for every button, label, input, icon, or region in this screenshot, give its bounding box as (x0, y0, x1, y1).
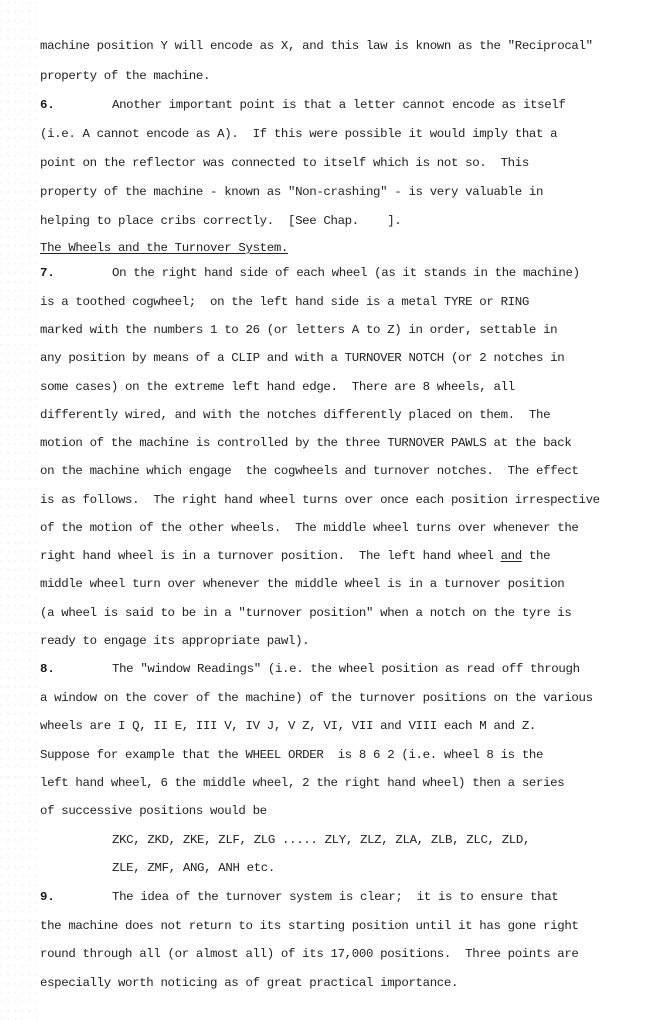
text-span: right hand wheel is in a turnover positi… (40, 549, 501, 563)
section-heading: The Wheels and the Turnover System. (40, 240, 288, 256)
text-line: marked with the numbers 1 to 26 (or lett… (40, 322, 557, 338)
text-line: wheels are I Q, II E, III V, IV J, V Z, … (40, 718, 536, 734)
text-line: the machine does not return to its start… (40, 918, 579, 934)
text-line: The "window Readings" (i.e. the wheel po… (112, 661, 580, 677)
text-line: Suppose for example that the WHEEL ORDER… (40, 747, 543, 763)
text-line: is as follows. The right hand wheel turn… (40, 492, 600, 508)
text-line: right hand wheel is in a turnover positi… (40, 548, 550, 564)
text-line: round through all (or almost all) of its… (40, 946, 579, 962)
text-line: on the machine which engage the cogwheel… (40, 463, 579, 479)
text-line: motion of the machine is controlled by t… (40, 435, 571, 451)
text-line: On the right hand side of each wheel (as… (112, 265, 580, 281)
text-line: of the motion of the other wheels. The m… (40, 520, 579, 536)
text-line: some cases) on the extreme left hand edg… (40, 379, 515, 395)
text-line: a window on the cover of the machine) of… (40, 690, 593, 706)
text-line: machine position Y will encode as X, and… (40, 38, 593, 54)
paragraph-number-7: 7. (40, 265, 55, 281)
underlined-word-and: and (501, 549, 522, 563)
text-span: the (522, 549, 550, 563)
text-line: (a wheel is said to be in a "turnover po… (40, 605, 571, 621)
text-line: differently wired, and with the notches … (40, 407, 550, 423)
text-line: is a toothed cogwheel; on the left hand … (40, 294, 529, 310)
text-line: of successive positions would be (40, 803, 267, 819)
text-line: any position by means of a CLIP and with… (40, 350, 564, 366)
text-line: property of the machine - known as "Non-… (40, 184, 543, 200)
text-line: (i.e. A cannot encode as A). If this wer… (40, 126, 557, 142)
text-line: ready to engage its appropriate pawl). (40, 633, 309, 649)
text-line: The idea of the turnover system is clear… (112, 889, 558, 905)
position-sequence-line: ZKC, ZKD, ZKE, ZLF, ZLG ..... ZLY, ZLZ, … (112, 832, 530, 848)
paragraph-number-9: 9. (40, 889, 55, 905)
text-line: especially worth noticing as of great pr… (40, 975, 458, 991)
text-line: Another important point is that a letter… (112, 97, 565, 113)
scan-margin-speckle (0, 0, 40, 1020)
text-line: left hand wheel, 6 the middle wheel, 2 t… (40, 775, 564, 791)
paragraph-number-6: 6. (40, 97, 55, 113)
paragraph-number-8: 8. (40, 661, 55, 677)
text-line: property of the machine. (40, 68, 210, 84)
document-page: machine position Y will encode as X, and… (0, 0, 650, 1020)
position-sequence-line: ZLE, ZMF, ANG, ANH etc. (112, 860, 275, 876)
text-line: helping to place cribs correctly. [See C… (40, 213, 401, 229)
text-line: point on the reflector was connected to … (40, 155, 529, 171)
text-line: middle wheel turn over whenever the midd… (40, 576, 564, 592)
